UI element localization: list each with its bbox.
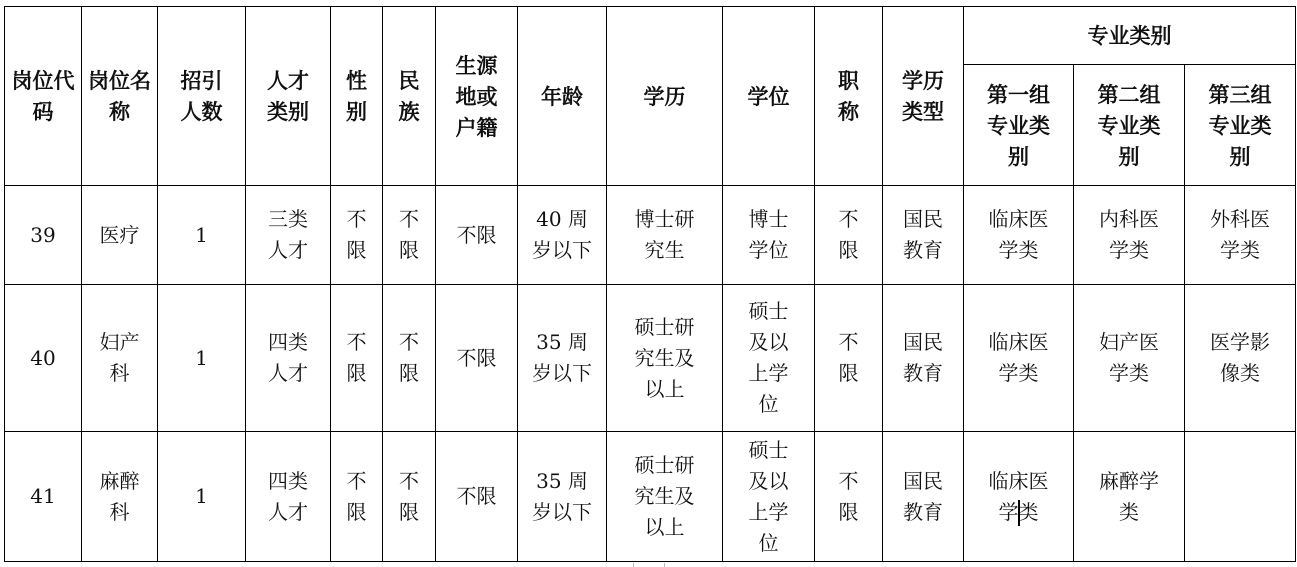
cell-post-code: 41 — [5, 432, 82, 562]
header-row: 岗位代码 岗位名称 招引人数 人才类别 性别 民族 生源地或户籍 年龄 学历 学… — [5, 7, 1296, 65]
header-title: 职称 — [815, 7, 883, 186]
cell-post-code: 40 — [5, 285, 82, 432]
cell-major-group-3: 外科医学类 — [1185, 186, 1296, 285]
cell-major-group-3 — [1185, 432, 1296, 562]
cell-age: 35 周岁以下 — [518, 432, 607, 562]
cell-degree: 博士学位 — [723, 186, 815, 285]
cell-degree: 硕士及以上学位 — [723, 285, 815, 432]
header-degree: 学位 — [723, 7, 815, 186]
cell-origin: 不限 — [436, 186, 518, 285]
cell-recruit-count: 1 — [158, 186, 246, 285]
cell-talent-category: 三类人才 — [246, 186, 331, 285]
cell-education: 硕士研究生及以上 — [607, 285, 723, 432]
table-row: 39 医疗 1 三类人才 不限 不限 不限 40 周岁以下 博士研究生 博士学位… — [5, 186, 1296, 285]
cell-age: 40 周岁以下 — [518, 186, 607, 285]
header-education: 学历 — [607, 7, 723, 186]
cell-title: 不限 — [815, 432, 883, 562]
header-post-name: 岗位名称 — [82, 7, 158, 186]
cell-post-name: 医疗 — [82, 186, 158, 285]
cell-major-group-1: 临床医学类 — [964, 186, 1074, 285]
header-age: 年龄 — [518, 7, 607, 186]
cell-age: 35 周岁以下 — [518, 285, 607, 432]
cell-major-group-3: 医学影像类 — [1185, 285, 1296, 432]
header-talent-category: 人才类别 — [246, 7, 331, 186]
cell-major-group-2: 麻醉学类 — [1074, 432, 1185, 562]
header-post-code: 岗位代码 — [5, 7, 82, 186]
header-gender: 性别 — [331, 7, 383, 186]
header-education-type: 学历类型 — [883, 7, 964, 186]
cell-ethnicity: 不限 — [383, 285, 436, 432]
header-origin: 生源地或户籍 — [436, 7, 518, 186]
cell-post-name: 麻醉科 — [82, 432, 158, 562]
recruitment-table: 岗位代码 岗位名称 招引人数 人才类别 性别 民族 生源地或户籍 年龄 学历 学… — [4, 6, 1296, 562]
cell-talent-category: 四类人才 — [246, 432, 331, 562]
header-major-group-2: 第二组专业类别 — [1074, 65, 1185, 186]
table-row: 40 妇产科 1 四类人才 不限 不限 不限 35 周岁以下 硕士研究生及以上 … — [5, 285, 1296, 432]
header-recruit-count: 招引人数 — [158, 7, 246, 186]
cell-major-group-1[interactable]: 临床医学类 — [964, 432, 1074, 562]
cell-education: 硕士研究生及以上 — [607, 432, 723, 562]
cell-degree: 硕士及以上学位 — [723, 432, 815, 562]
cell-title: 不限 — [815, 285, 883, 432]
cell-education-type: 国民教育 — [883, 186, 964, 285]
cell-education-type: 国民教育 — [883, 432, 964, 562]
cell-education: 博士研究生 — [607, 186, 723, 285]
cell-ethnicity: 不限 — [383, 186, 436, 285]
table-row: 41 麻醉科 1 四类人才 不限 不限 不限 35 周岁以下 硕士研究生及以上 … — [5, 432, 1296, 562]
cell-major-group-1: 临床医学类 — [964, 285, 1074, 432]
cell-origin: 不限 — [436, 285, 518, 432]
cell-recruit-count: 1 — [158, 285, 246, 432]
cell-recruit-count: 1 — [158, 432, 246, 562]
cell-education-type: 国民教育 — [883, 285, 964, 432]
header-major-group-1: 第一组专业类别 — [964, 65, 1074, 186]
header-major-group-3: 第三组专业类别 — [1185, 65, 1296, 186]
cell-gender: 不限 — [331, 432, 383, 562]
cell-major-group-2: 内科医学类 — [1074, 186, 1185, 285]
cell-post-name: 妇产科 — [82, 285, 158, 432]
cell-major-group-2: 妇产医学类 — [1074, 285, 1185, 432]
cell-gender: 不限 — [331, 285, 383, 432]
cell-post-code: 39 — [5, 186, 82, 285]
cell-ethnicity: 不限 — [383, 432, 436, 562]
cell-title: 不限 — [815, 186, 883, 285]
header-ethnicity: 民族 — [383, 7, 436, 186]
cell-gender: 不限 — [331, 186, 383, 285]
cell-origin: 不限 — [436, 432, 518, 562]
header-major-category: 专业类别 — [964, 7, 1296, 65]
cell-text: 类 — [1019, 500, 1039, 524]
cell-talent-category: 四类人才 — [246, 285, 331, 432]
page-break-marker — [633, 563, 665, 567]
